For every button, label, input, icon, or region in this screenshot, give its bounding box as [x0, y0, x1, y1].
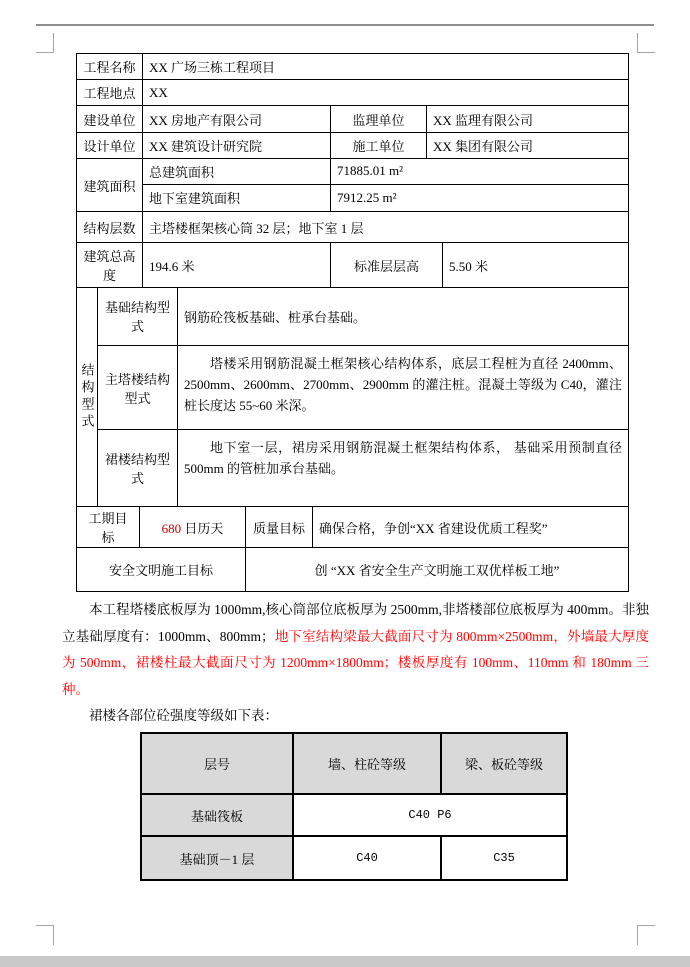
project-location-label: 工程地点 — [77, 80, 143, 105]
podium-structure-value: 地下室一层，裙房采用钢筋混凝土框架结构体系， 基础采用预制直径 500mm 的管… — [178, 430, 628, 506]
floor1-wall-grade: C40 — [294, 837, 442, 879]
crop-mark-bottom-left — [36, 925, 54, 945]
row-group-structure-type: 结构型式 基础结构型式 钢筋砼筏板基础、桩承台基础。 主塔楼结构型式 塔楼采用钢… — [77, 288, 628, 507]
row-total-area: 总建筑面积 71885.01 m² — [143, 159, 628, 185]
contractor-unit-value: XX 集团有限公司 — [427, 133, 628, 158]
schedule-days-unit: 日历天 — [181, 521, 223, 536]
supervision-unit-value: XX 监理有限公司 — [427, 106, 628, 132]
row-foundation-structure: 基础结构型式 钢筋砼筏板基础、桩承台基础。 — [98, 288, 628, 346]
structure-floors-label: 结构层数 — [77, 212, 143, 242]
basement-area-value: 7912.25 m² — [331, 185, 628, 211]
strength-table-intro: 裙楼各部位砼强度等级如下表： — [62, 704, 482, 724]
floor1-name: 基础顶－1 层 — [142, 837, 294, 879]
tower-structure-value: 塔楼采用钢筋混凝土框架核心结构体系，底层工程桩为直径 2400mm、2500mm… — [178, 346, 628, 430]
raft-name: 基础筏板 — [142, 795, 294, 835]
foundation-structure-value: 钢筋砼筏板基础、桩承台基础。 — [178, 288, 628, 345]
structure-type-label: 结构型式 — [77, 288, 98, 506]
podium-structure-label: 裙楼结构型式 — [98, 430, 178, 506]
page-top-edge — [36, 24, 654, 26]
floor1-beam-grade: C35 — [442, 837, 566, 879]
header-wall-column-grade: 墙、柱砼等级 — [294, 734, 442, 793]
row-tower-structure: 主塔楼结构型式 塔楼采用钢筋混凝土框架核心结构体系，底层工程桩为直径 2400m… — [98, 346, 628, 431]
project-info-table: 工程名称 XX 广场三栋工程项目 工程地点 XX 建设单位 XX 房地产有限公司… — [76, 53, 629, 592]
row-project-name: 工程名称 XX 广场三栋工程项目 — [77, 54, 628, 80]
row-building-height: 建筑总高度 194.6 米 标准层层高 5.50 米 — [77, 243, 628, 288]
quality-goal-value: 确保合格，争创“XX 省建设优质工程奖” — [313, 507, 628, 547]
construction-unit-value: XX 房地产有限公司 — [143, 106, 331, 132]
document-page: 工程名称 XX 广场三栋工程项目 工程地点 XX 建设单位 XX 房地产有限公司… — [0, 0, 690, 967]
row-group-building-area: 建筑面积 总建筑面积 71885.01 m² 地下室建筑面积 7912.25 m… — [77, 159, 628, 212]
crop-mark-top-left — [36, 33, 54, 53]
row-podium-structure: 裙楼结构型式 地下室一层，裙房采用钢筋混凝土框架结构体系， 基础采用预制直径 5… — [98, 430, 628, 506]
concrete-strength-table: 层号 墙、柱砼等级 梁、板砼等级 基础筏板 C40 P6 基础顶－1 层 C40… — [140, 732, 568, 881]
row-construction-supervision: 建设单位 XX 房地产有限公司 监理单位 XX 监理有限公司 — [77, 106, 628, 133]
foundation-structure-label: 基础结构型式 — [98, 288, 178, 345]
row-safety-goal: 安全文明施工目标 创 “XX 省安全生产文明施工双优样板工地” — [77, 548, 628, 591]
page-bottom-edge — [0, 956, 690, 967]
project-name-value: XX 广场三栋工程项目 — [143, 54, 628, 79]
row-structure-floors: 结构层数 主塔楼框架核心筒 32 层；地下室 1 层 — [77, 212, 628, 243]
safety-goal-value: 创 “XX 省安全生产文明施工双优样板工地” — [246, 548, 628, 591]
tower-structure-label: 主塔楼结构型式 — [98, 346, 178, 430]
supervision-unit-label: 监理单位 — [331, 106, 427, 132]
row-basement-area: 地下室建筑面积 7912.25 m² — [143, 185, 628, 211]
total-area-value: 71885.01 m² — [331, 159, 628, 184]
building-height-value: 194.6 米 — [143, 243, 331, 287]
row-schedule-quality: 工期目标 680 日历天 质量目标 确保合格，争创“XX 省建设优质工程奖” — [77, 507, 628, 548]
construction-unit-label: 建设单位 — [77, 106, 143, 132]
basement-area-label: 地下室建筑面积 — [143, 185, 331, 211]
strength-row-raft: 基础筏板 C40 P6 — [142, 795, 566, 837]
podium-structure-text: 地下室一层，裙房采用钢筋混凝土框架结构体系， 基础采用预制直径 500mm 的管… — [184, 432, 622, 479]
safety-goal-label: 安全文明施工目标 — [77, 548, 246, 591]
design-unit-value: XX 建筑设计研究院 — [143, 133, 331, 158]
schedule-days-number: 680 — [162, 521, 182, 536]
note-paragraph: 本工程塔楼底板厚为 1000mm,核心筒部位底板厚为 2500mm,非塔楼部位底… — [62, 597, 649, 703]
std-floor-height-label: 标准层层高 — [331, 243, 443, 287]
design-unit-label: 设计单位 — [77, 133, 143, 158]
crop-mark-bottom-right — [637, 925, 655, 945]
contractor-unit-label: 施工单位 — [331, 133, 427, 158]
project-location-value: XX — [143, 80, 628, 105]
schedule-goal-value: 680 日历天 — [140, 507, 246, 547]
building-height-label: 建筑总高度 — [77, 243, 143, 287]
raft-grade-value: C40 P6 — [294, 795, 566, 835]
project-name-label: 工程名称 — [77, 54, 143, 79]
schedule-goal-label: 工期目标 — [77, 507, 140, 547]
total-area-label: 总建筑面积 — [143, 159, 331, 184]
crop-mark-top-right — [637, 33, 655, 53]
row-project-location: 工程地点 XX — [77, 80, 628, 106]
header-floor-number: 层号 — [142, 734, 294, 793]
strength-header-row: 层号 墙、柱砼等级 梁、板砼等级 — [142, 734, 566, 795]
std-floor-height-value: 5.50 米 — [443, 243, 628, 287]
building-area-label: 建筑面积 — [77, 159, 143, 211]
quality-goal-label: 质量目标 — [246, 507, 313, 547]
row-design-contractor: 设计单位 XX 建筑设计研究院 施工单位 XX 集团有限公司 — [77, 133, 628, 159]
structure-type-vertical-text: 结构型式 — [78, 363, 97, 431]
header-beam-slab-grade: 梁、板砼等级 — [442, 734, 566, 793]
structure-floors-value: 主塔楼框架核心筒 32 层；地下室 1 层 — [143, 212, 628, 242]
strength-row-floor1: 基础顶－1 层 C40 C35 — [142, 837, 566, 879]
tower-structure-text: 塔楼采用钢筋混凝土框架核心结构体系，底层工程桩为直径 2400mm、2500mm… — [184, 348, 622, 416]
